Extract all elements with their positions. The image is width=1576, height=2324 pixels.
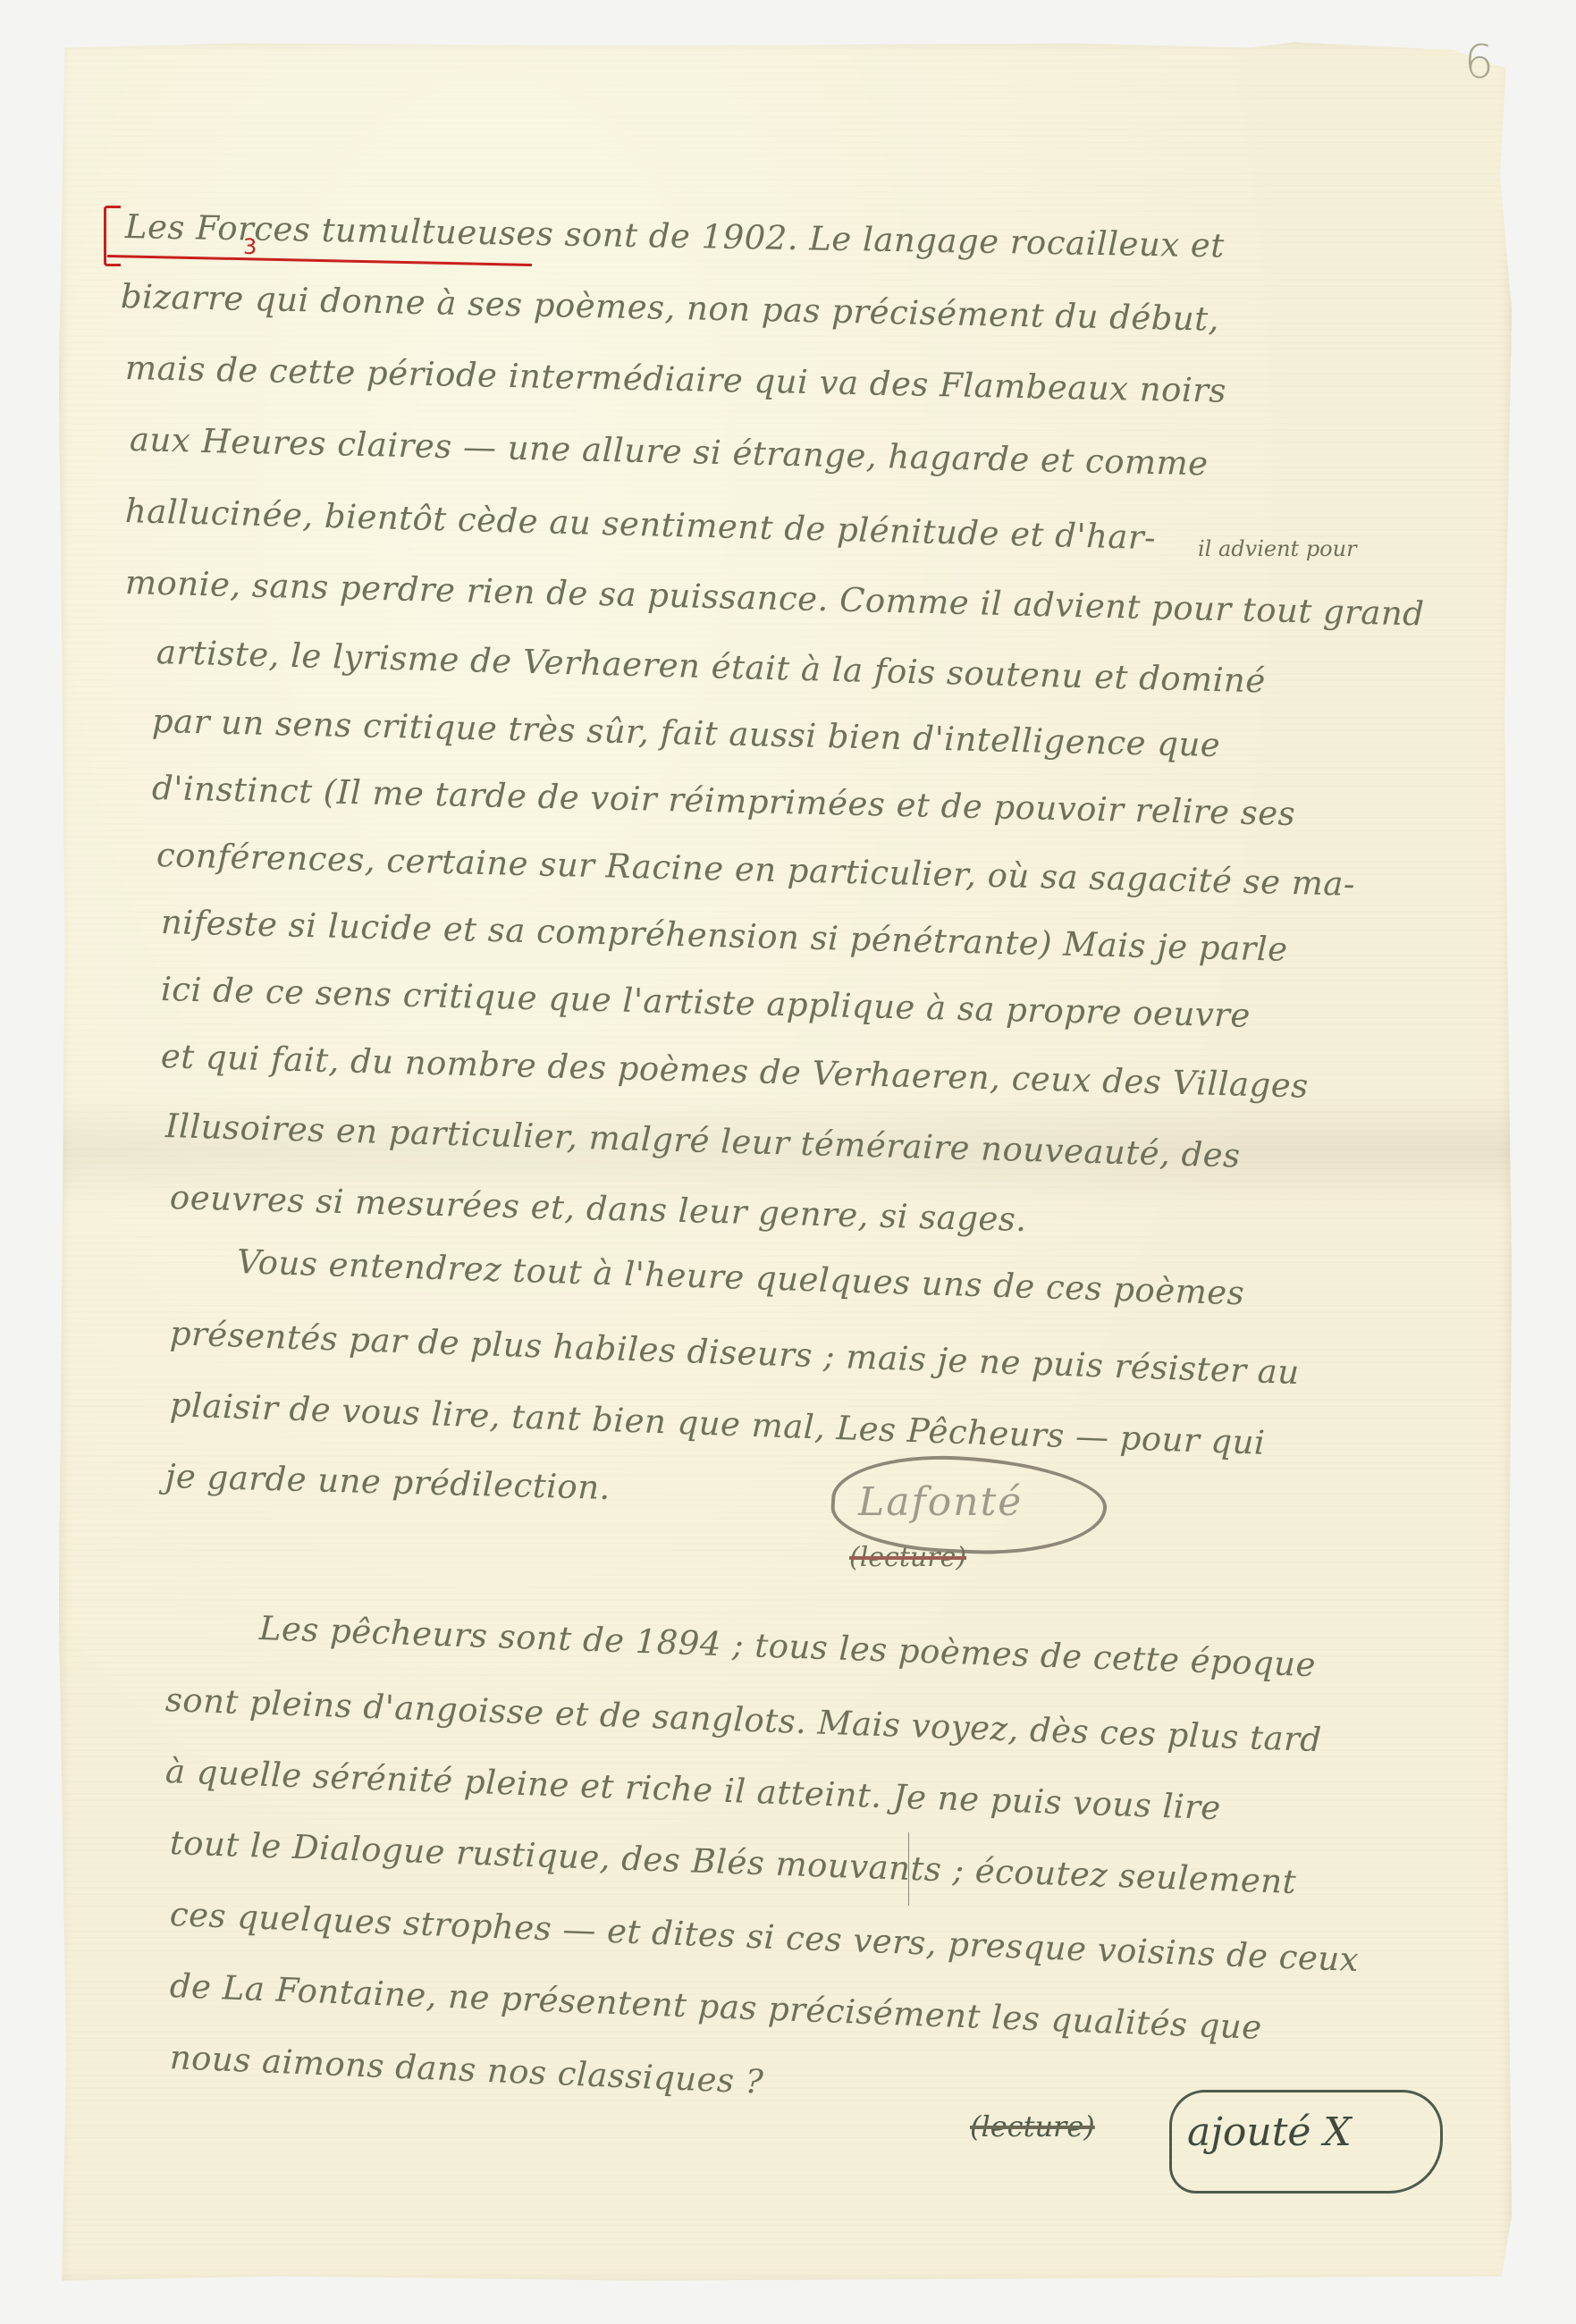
- insertion-note: il advient pour: [1198, 536, 1357, 561]
- page-number: 6: [1464, 36, 1494, 89]
- struck-lecture-note: (lecture): [849, 1542, 966, 1573]
- boxed-note-text: ajouté X: [1187, 2109, 1352, 2155]
- vertical-insertion-mark: [908, 1832, 909, 1906]
- struck-lecture-note-bottom: (lecture): [970, 2109, 1095, 2143]
- pencil-oval-text: Lafonté: [858, 1479, 1023, 1525]
